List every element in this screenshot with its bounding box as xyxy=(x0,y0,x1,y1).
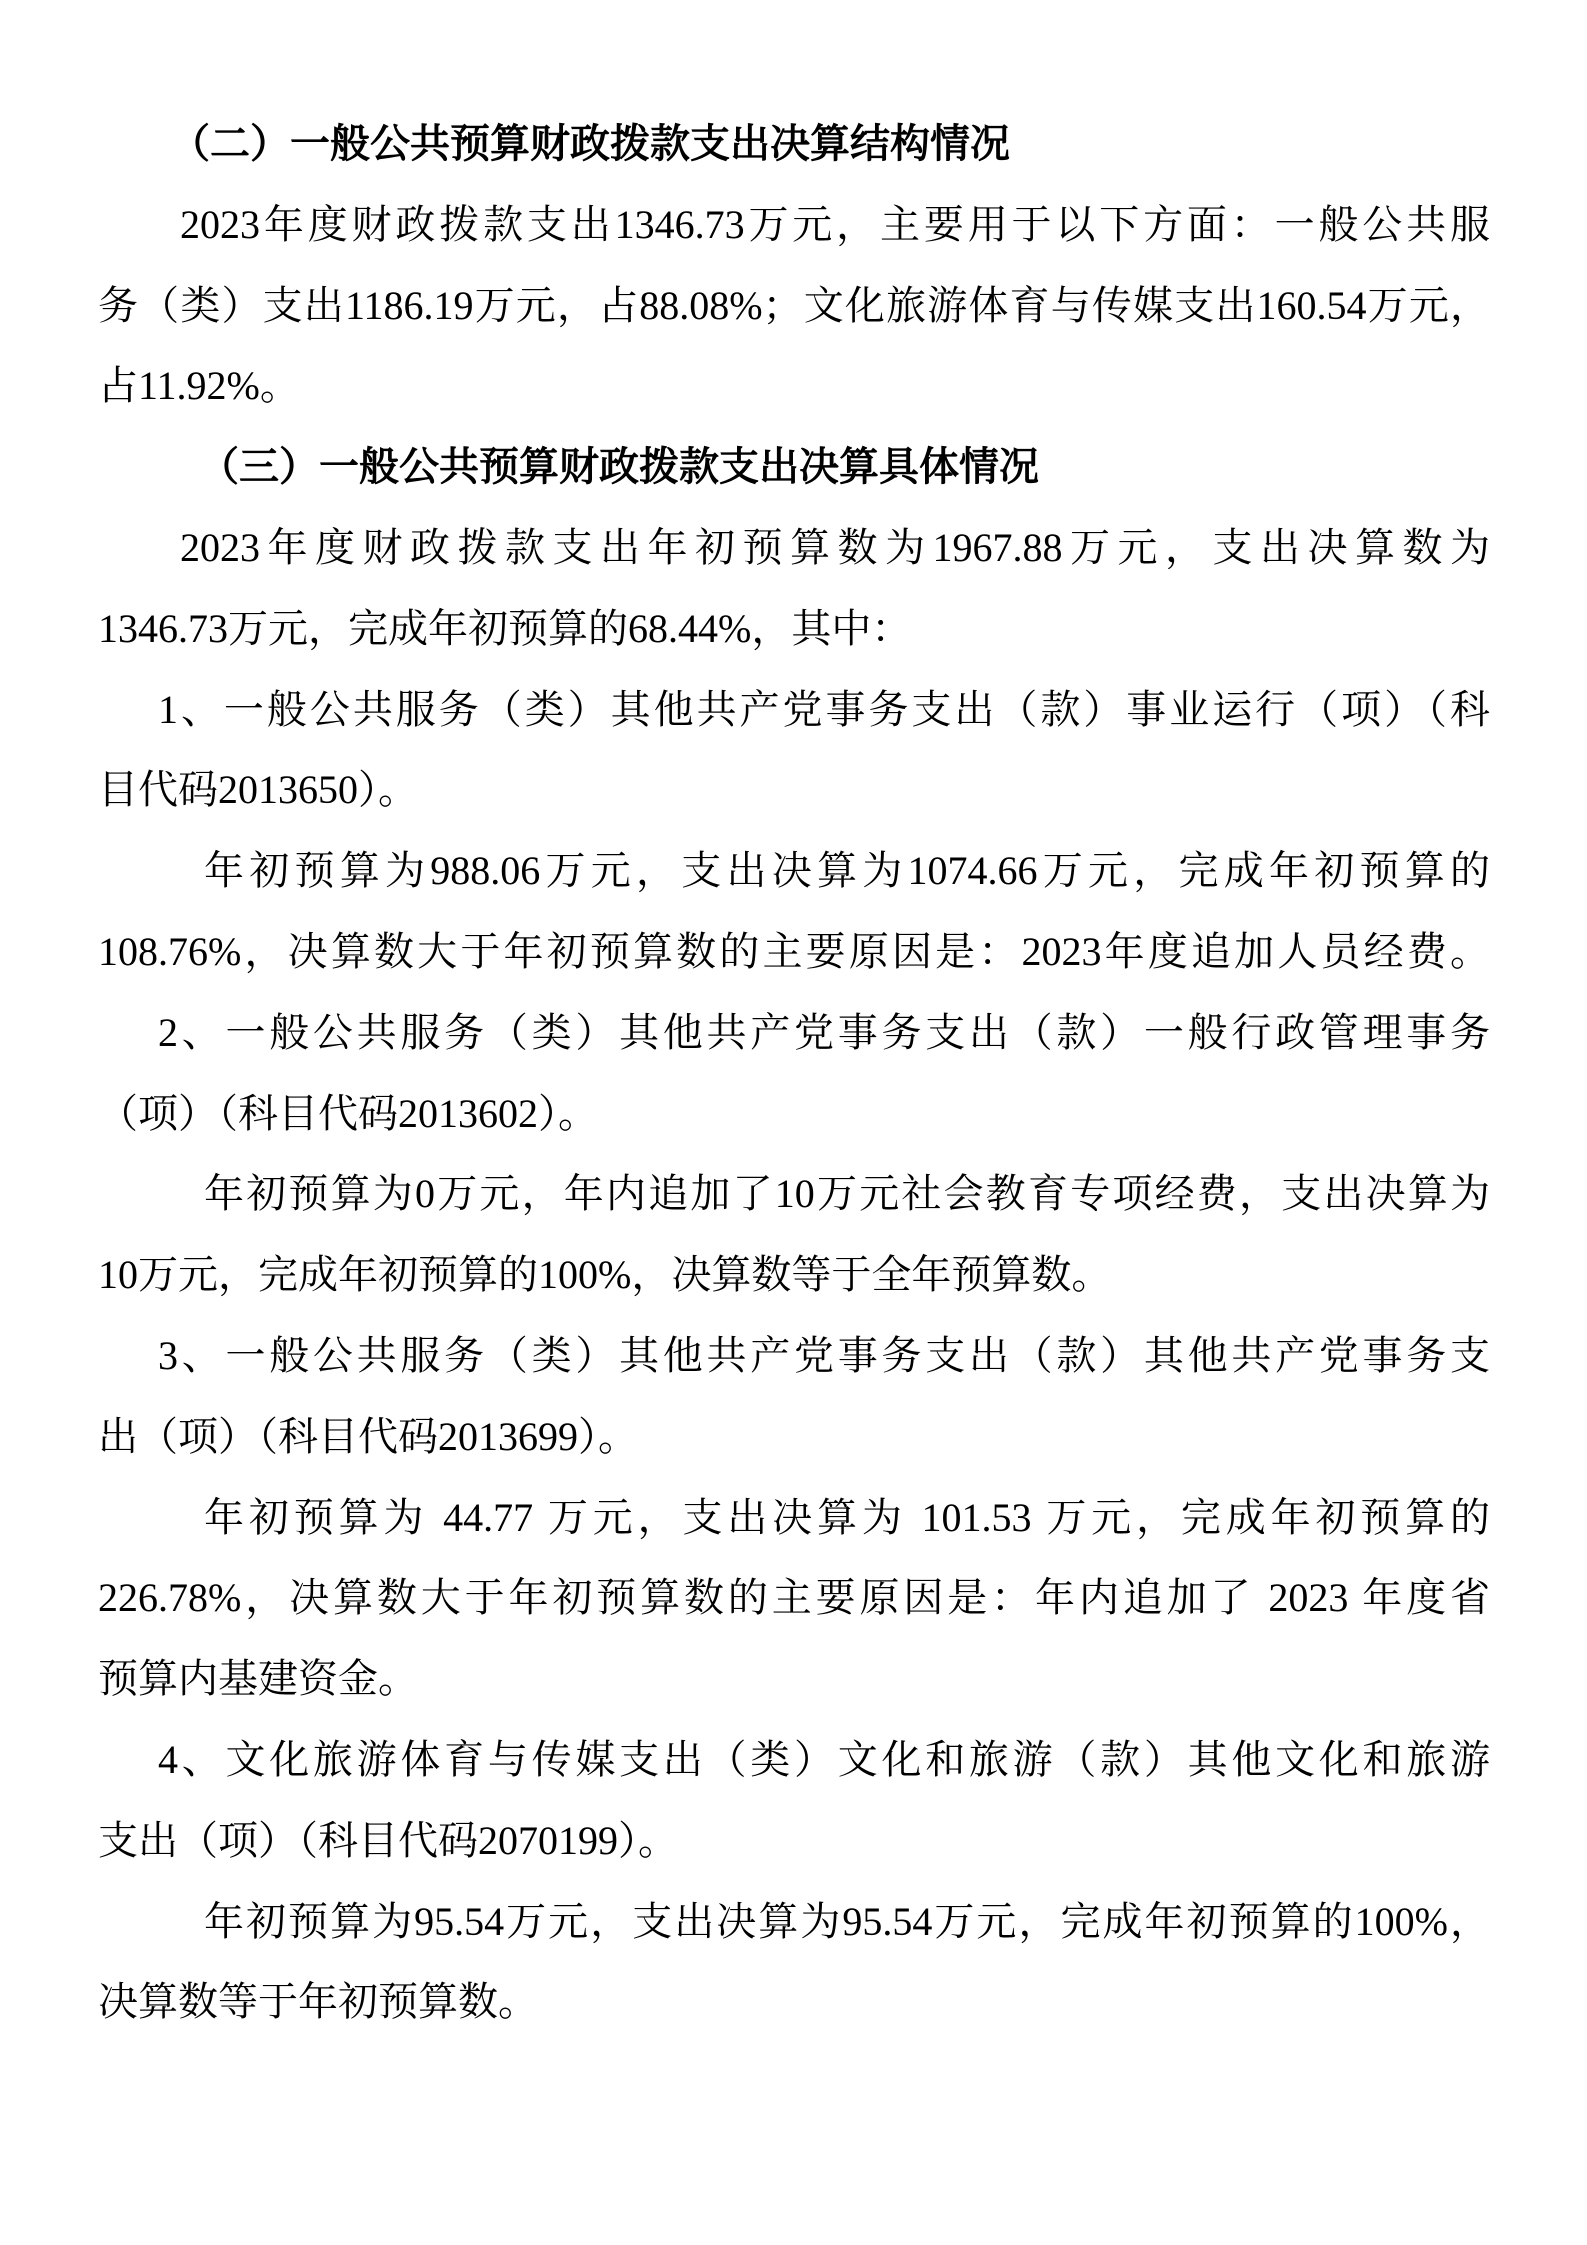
body-line: 10万元，完成年初预算的100%，决算数等于全年预算数。 xyxy=(98,1235,1490,1316)
heading-section-3: （三）一般公共预算财政拨款支出决算具体情况 xyxy=(98,427,1490,508)
body-line: （项）（科目代码2013602）。 xyxy=(98,1074,1490,1155)
body-line: 决算数等于年初预算数。 xyxy=(98,1962,1490,2043)
body-line: 年初预算为0万元，年内追加了10万元社会教育专项经费，支出决算为 xyxy=(98,1154,1490,1235)
body-line: 目代码2013650）。 xyxy=(98,750,1490,831)
body-line-item-4: 4、文化旅游体育与传媒支出（类）文化和旅游（款）其他文化和旅游 xyxy=(98,1720,1490,1801)
document-page: （二）一般公共预算财政拨款支出决算结构情况 2023年度财政拨款支出1346.7… xyxy=(98,104,1490,2043)
body-line-item-1: 1、一般公共服务（类）其他共产党事务支出（款）事业运行（项）（科 xyxy=(98,670,1490,751)
body-line: 出（项）（科目代码2013699）。 xyxy=(98,1397,1490,1478)
body-line: 年初预算为 44.77 万元，支出决算为 101.53 万元，完成年初预算的 xyxy=(98,1478,1490,1559)
body-line: 226.78%，决算数大于年初预算数的主要原因是：年内追加了 2023 年度省 xyxy=(98,1558,1490,1639)
body-line: 年初预算为988.06万元，支出决算为1074.66万元，完成年初预算的 xyxy=(98,831,1490,912)
heading-section-2: （二）一般公共预算财政拨款支出决算结构情况 xyxy=(98,104,1490,185)
body-line-item-3: 3、一般公共服务（类）其他共产党事务支出（款）其他共产党事务支 xyxy=(98,1316,1490,1397)
body-line: 务（类）支出1186.19万元，占88.08%；文化旅游体育与传媒支出160.5… xyxy=(98,266,1490,347)
body-line: 年初预算为95.54万元，支出决算为95.54万元，完成年初预算的100%， xyxy=(98,1882,1490,1963)
body-line: 预算内基建资金。 xyxy=(98,1639,1490,1720)
body-line: 2023年度财政拨款支出1346.73万元，主要用于以下方面：一般公共服 xyxy=(98,185,1490,266)
body-line-item-2: 2、一般公共服务（类）其他共产党事务支出（款）一般行政管理事务 xyxy=(98,993,1490,1074)
body-line: 2023年度财政拨款支出年初预算数为1967.88万元，支出决算数为 xyxy=(98,508,1490,589)
body-line: 支出（项）（科目代码2070199）。 xyxy=(98,1801,1490,1882)
body-line: 1346.73万元，完成年初预算的68.44%，其中： xyxy=(98,589,1490,670)
body-line: 占11.92%。 xyxy=(98,346,1490,427)
body-line: 108.76%，决算数大于年初预算数的主要原因是：2023年度追加人员经费。 xyxy=(98,912,1490,993)
